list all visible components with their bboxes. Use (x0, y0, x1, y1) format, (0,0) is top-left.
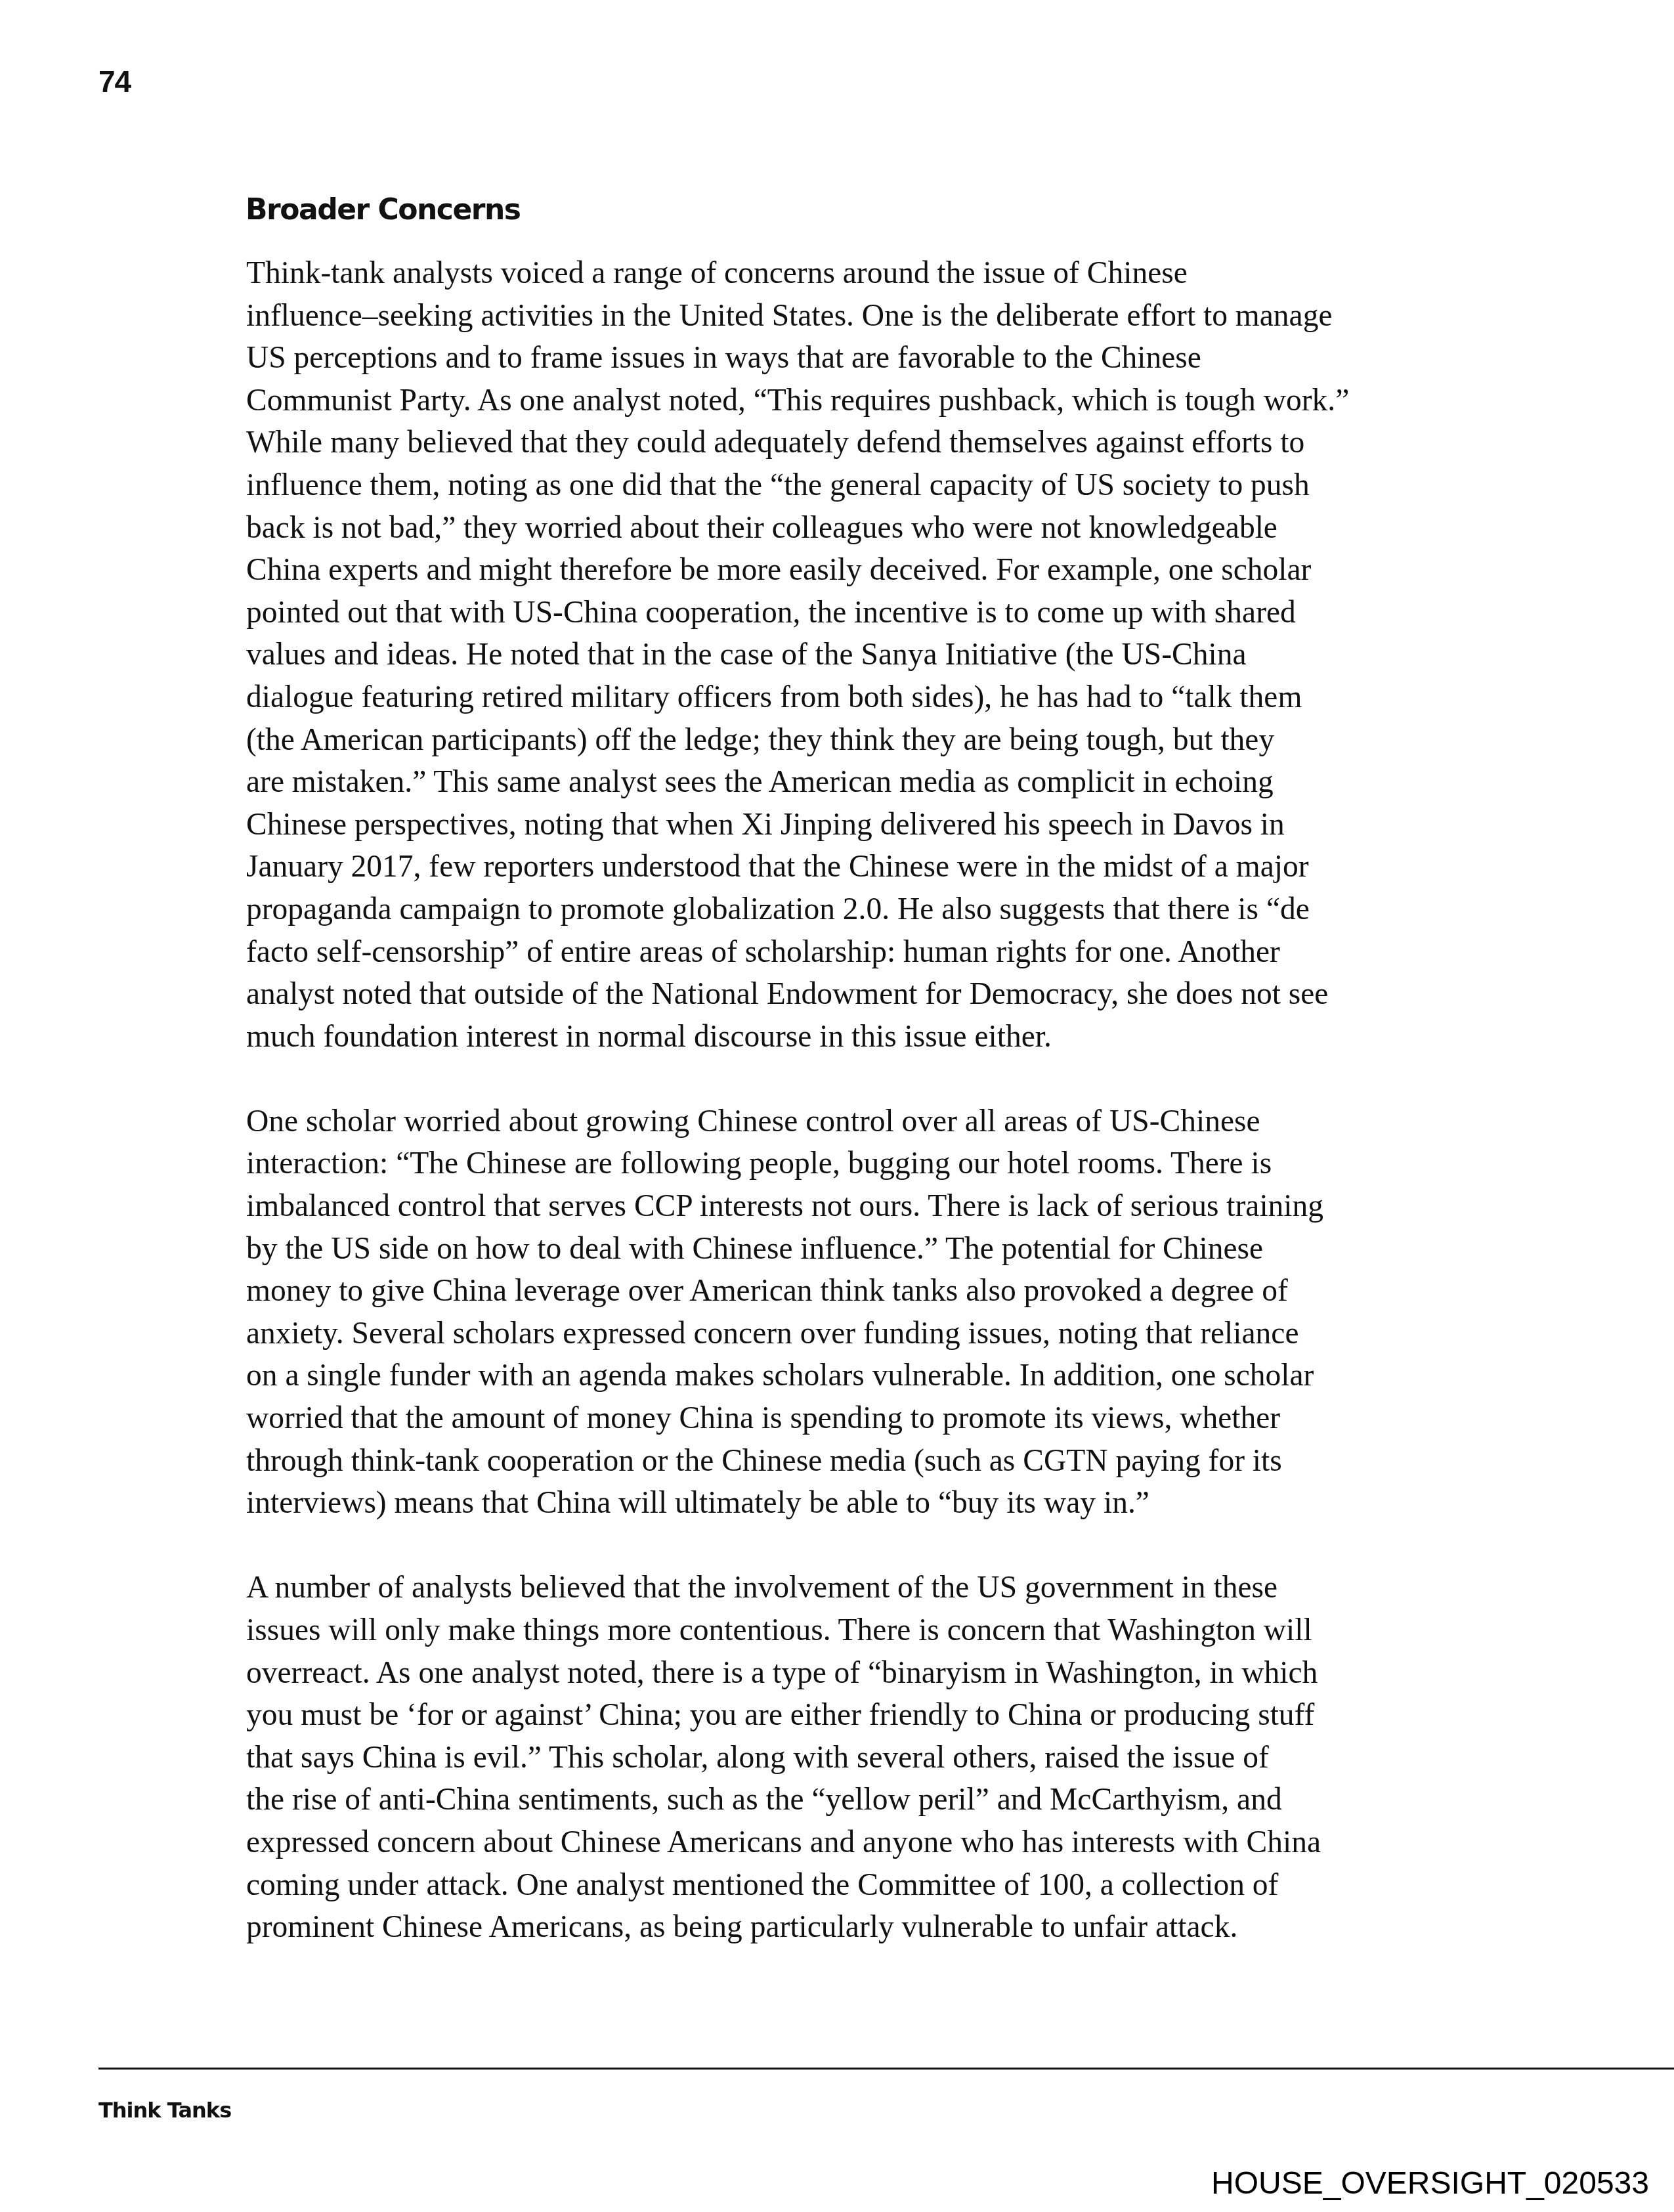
text-line: values and ideas. He noted that in the c… (246, 634, 1402, 676)
text-line: anxiety. Several scholars expressed conc… (246, 1312, 1402, 1355)
text-line: you must be ‘for or against’ China; you … (246, 1694, 1402, 1737)
text-line: Think-tank analysts voiced a range of co… (246, 252, 1402, 295)
text-line: influence–seeking activities in the Unit… (246, 295, 1402, 337)
body-text: Think-tank analysts voiced a range of co… (246, 252, 1402, 1991)
text-line: that says China is evil.” This scholar, … (246, 1737, 1402, 1779)
text-line: worried that the amount of money China i… (246, 1397, 1402, 1440)
text-line: on a single funder with an agenda makes … (246, 1355, 1402, 1397)
text-line: A number of analysts believed that the i… (246, 1567, 1402, 1609)
text-line: back is not bad,” they worried about the… (246, 507, 1402, 550)
text-line: prominent Chinese Americans, as being pa… (246, 1906, 1402, 1949)
bates-stamp: HOUSE_OVERSIGHT_020533 (1211, 2165, 1649, 2202)
text-line: by the US side on how to deal with Chine… (246, 1228, 1402, 1270)
text-line: propaganda campaign to promote globaliza… (246, 888, 1402, 931)
paragraph-2: One scholar worried about growing Chines… (246, 1100, 1402, 1525)
text-line: interaction: “The Chinese are following … (246, 1142, 1402, 1185)
text-line: facto self-censorship” of entire areas o… (246, 931, 1402, 974)
text-line: interviews) means that China will ultima… (246, 1482, 1402, 1525)
text-line: through think-tank cooperation or the Ch… (246, 1440, 1402, 1483)
text-line: China experts and might therefore be mor… (246, 549, 1402, 592)
text-line: are mistaken.” This same analyst sees th… (246, 761, 1402, 804)
text-line: January 2017, few reporters understood t… (246, 846, 1402, 888)
footer-section-label: Think Tanks (98, 2096, 231, 2125)
text-line: money to give China leverage over Americ… (246, 1270, 1402, 1312)
paragraph-3: A number of analysts believed that the i… (246, 1567, 1402, 1948)
text-line: the rise of anti-China sentiments, such … (246, 1779, 1402, 1821)
text-line: Chinese perspectives, noting that when X… (246, 804, 1402, 846)
page-number: 74 (98, 63, 131, 100)
text-line: issues will only make things more conten… (246, 1609, 1402, 1652)
text-line: One scholar worried about growing Chines… (246, 1100, 1402, 1143)
text-line: analyst noted that outside of the Nation… (246, 973, 1402, 1016)
section-heading: Broader Concerns (246, 190, 521, 230)
text-line: (the American participants) off the ledg… (246, 719, 1402, 762)
text-line: pointed out that with US-China cooperati… (246, 592, 1402, 634)
text-line: dialogue featuring retired military offi… (246, 676, 1402, 719)
footer-divider (98, 2068, 1674, 2070)
text-line: While many believed that they could adeq… (246, 422, 1402, 464)
text-line: expressed concern about Chinese American… (246, 1821, 1402, 1864)
paragraph-1: Think-tank analysts voiced a range of co… (246, 252, 1402, 1058)
text-line: influence them, noting as one did that t… (246, 464, 1402, 507)
text-line: imbalanced control that serves CCP inter… (246, 1185, 1402, 1228)
text-line: much foundation interest in normal disco… (246, 1016, 1402, 1058)
text-line: Communist Party. As one analyst noted, “… (246, 380, 1402, 422)
text-line: US perceptions and to frame issues in wa… (246, 337, 1402, 380)
text-line: overreact. As one analyst noted, there i… (246, 1652, 1402, 1695)
text-line: coming under attack. One analyst mention… (246, 1864, 1402, 1907)
